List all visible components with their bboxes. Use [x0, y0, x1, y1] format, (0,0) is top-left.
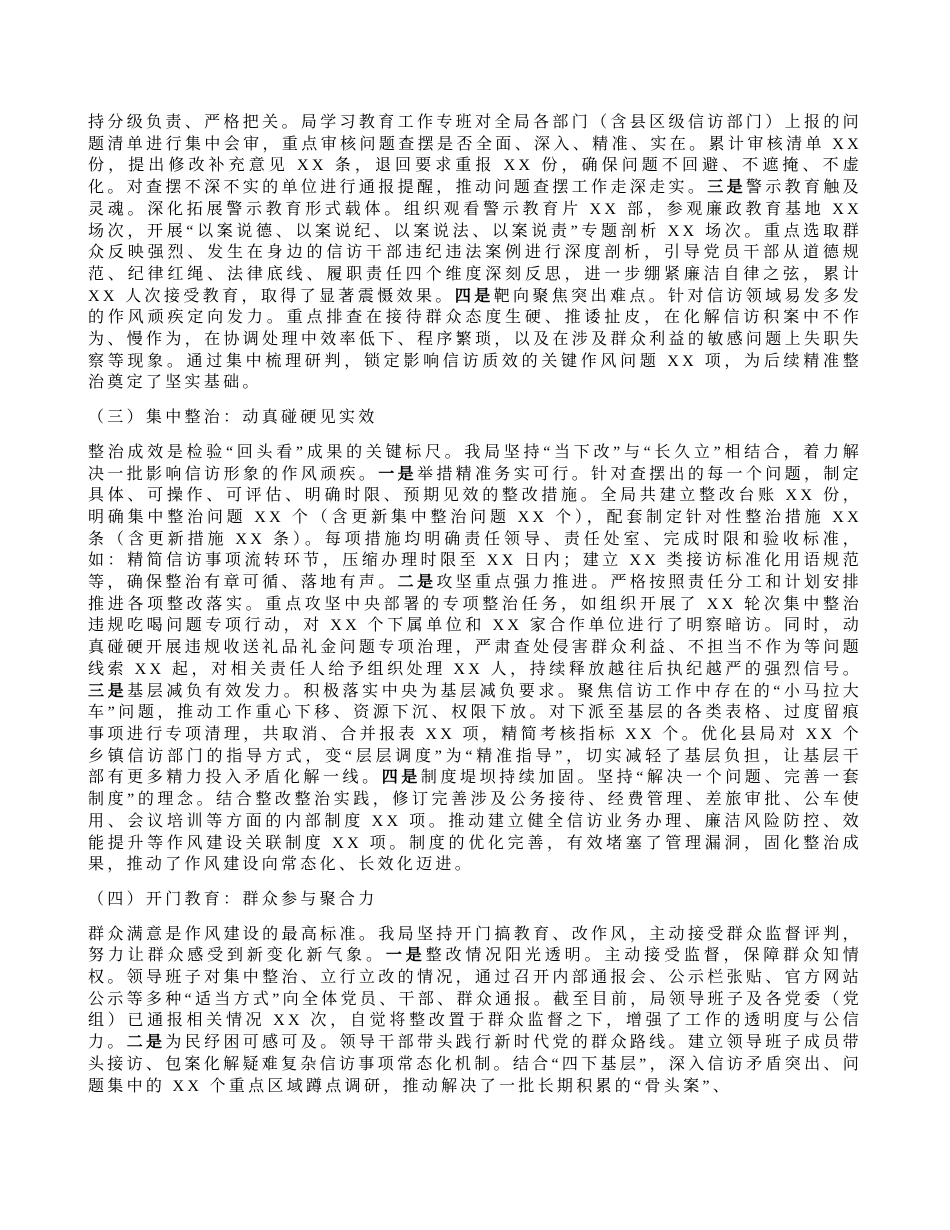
document-text-area: 持分级负责、严格把关。局学习教育工作专班对全局各部门（含县区级信访部门）上报的问…	[88, 112, 862, 1110]
text-run: 警示教育触及灵魂。深化拓展警示教育形式载体。组织观看警示教育片 XX 部，参观廉…	[88, 179, 862, 305]
paragraph-section-3-body: 整治成效是检验“回头看”成果的关键标尺。我局坚持“当下改”与“长久立”相结合，着…	[88, 442, 862, 876]
section-heading-4: （四）开门教育：群众参与聚合力	[88, 889, 862, 911]
bold-text-run: 二是	[398, 574, 437, 591]
section-heading-3: （三）集中整治：动真碰硬见实效	[88, 407, 862, 429]
bold-text-run: 三是	[707, 179, 746, 196]
bold-text-run: 一是	[386, 947, 426, 964]
bold-text-run: 一是	[378, 466, 417, 483]
text-run: 为民纾困可感可及。领导干部带头践行新时代党的群众路线。建立领导班子成员带头接访、…	[88, 1034, 862, 1094]
bold-text-run: 四是	[382, 769, 421, 786]
bold-text-run: 四是	[455, 288, 494, 305]
bold-text-run: 三是	[88, 683, 127, 700]
paragraph-section-4-body: 群众满意是作风建设的最高标准。我局坚持开门搞教育、改作风，主动接受群众监督评判，…	[88, 924, 862, 1098]
bold-text-run: 二是	[127, 1034, 166, 1051]
text-run: 举措精准务实可行。针对查摆出的每一个问题，制定具体、可操作、可评估、明确时限、预…	[88, 466, 862, 592]
paragraph-continued-from-previous-page: 持分级负责、严格把关。局学习教育工作专班对全局各部门（含县区级信访部门）上报的问…	[88, 112, 862, 394]
document-page: 持分级负责、严格把关。局学习教育工作专班对全局各部门（含县区级信访部门）上报的问…	[0, 0, 950, 1230]
